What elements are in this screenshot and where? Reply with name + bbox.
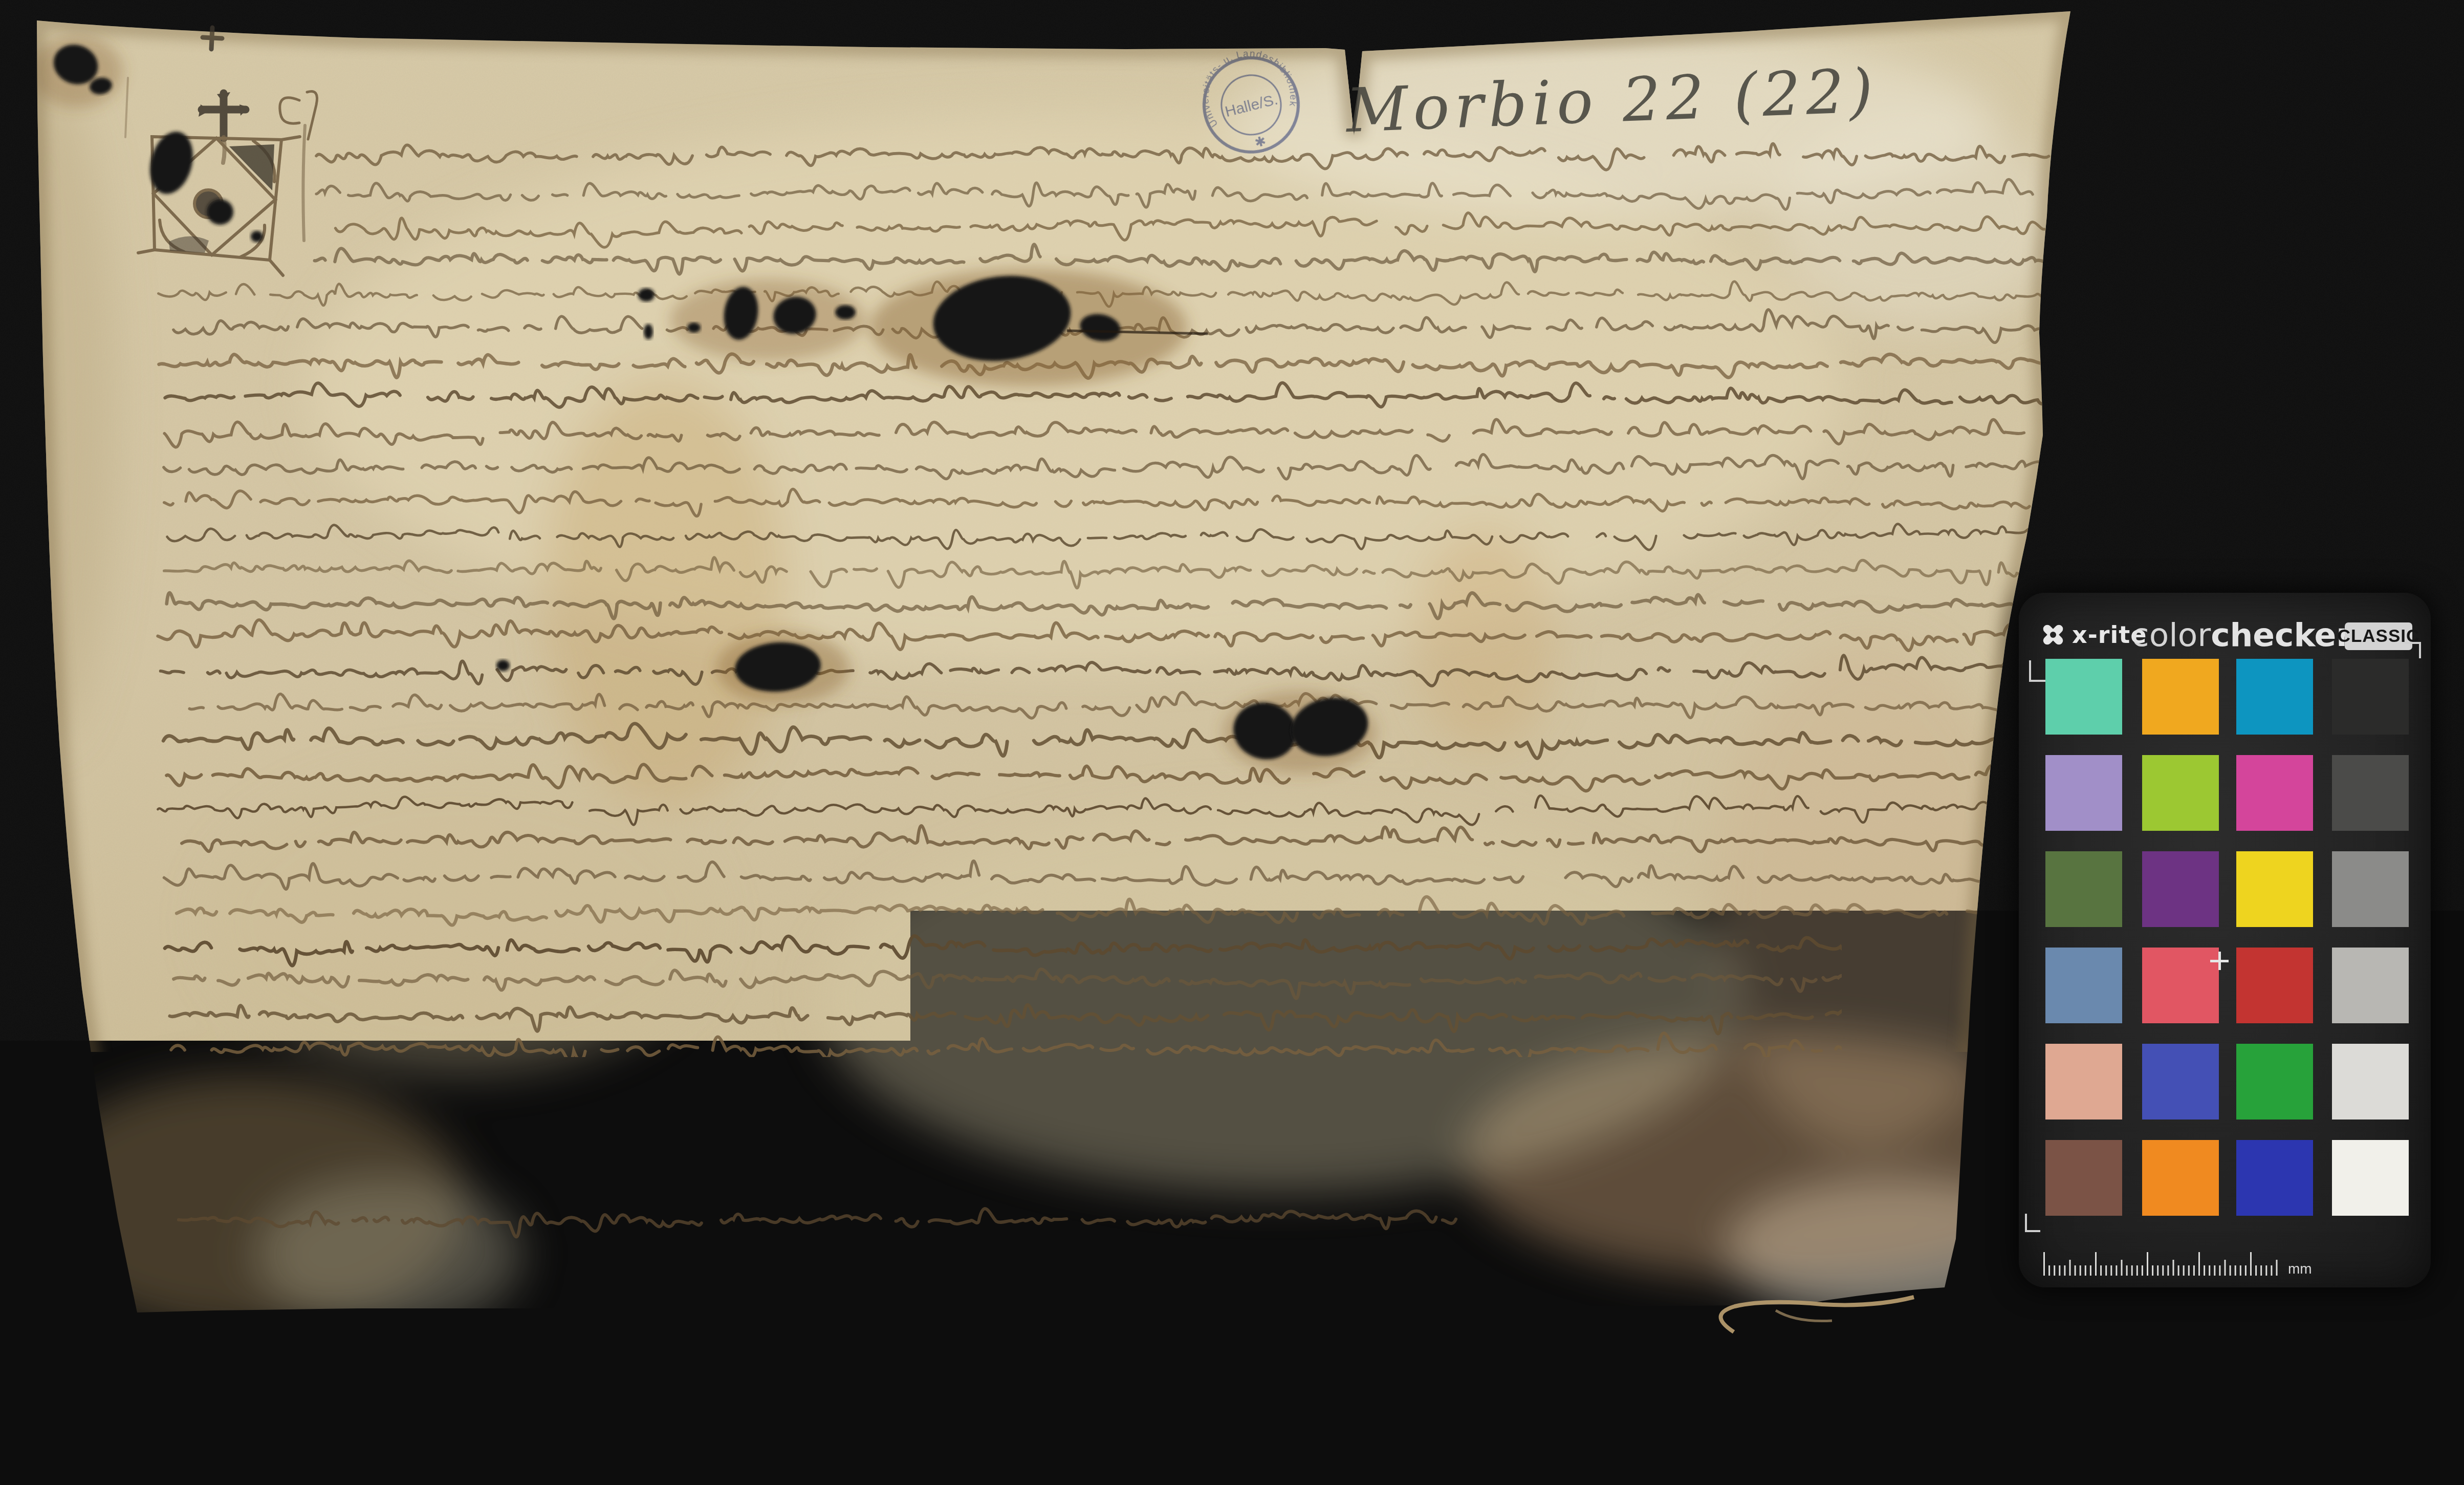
ruler-unit-label: mm (2288, 1261, 2312, 1277)
patch-light-skin (2045, 1044, 2122, 1120)
patch-yellow (2236, 851, 2313, 927)
parchment-hole (496, 660, 510, 671)
parchment-hole (207, 199, 233, 225)
patch-bluish-green (2045, 659, 2122, 735)
color-patch-grid (2019, 593, 2431, 1287)
parchment-hole (644, 324, 653, 339)
patch-yellow-green (2142, 755, 2219, 831)
digitization-scan: Universitäts- u. Landesbibliothek Halle/… (0, 0, 2464, 1485)
patch-moderate-red (2142, 948, 2219, 1023)
patch-neutral-3-5 (2332, 755, 2409, 831)
patch-orange (2142, 1140, 2219, 1216)
patch-white (2332, 1140, 2409, 1216)
patch-magenta (2236, 755, 2313, 831)
library-name: Universitäts- und Landesbibliothek Sachs… (0, 1376, 2464, 1412)
registration-plus-icon (2210, 952, 2229, 970)
patch-black (2332, 659, 2409, 735)
patch-neutral-5 (2332, 851, 2409, 927)
patch-neutral-8 (2332, 1044, 2409, 1120)
colorchecker-card: x-rite colorchecker CLASSIC mm (2019, 593, 2431, 1287)
patch-purple (2142, 851, 2219, 927)
parchment-hole (835, 305, 856, 319)
patch-neutral-6-5 (2332, 948, 2409, 1023)
patch-blue-sky (2045, 948, 2122, 1023)
patch-cyan (2236, 659, 2313, 735)
footer-bar: MEASPICE WITTENBERG Universitäts- und La… (0, 1361, 2464, 1485)
patch-green (2236, 1044, 2313, 1120)
ruler-ticks (2043, 1252, 2278, 1276)
patch-foliage (2045, 851, 2122, 927)
patch-dark-skin (2045, 1140, 2122, 1216)
dfg-logo: DFG (2283, 1376, 2447, 1455)
urn-identifier: urn:nbn:de:gbv:3:3-1192015415-1855087553… (0, 1424, 2464, 1458)
parchment-hole (687, 322, 701, 333)
parchment-hole (638, 288, 655, 302)
parchment-hole (251, 231, 263, 242)
patch-blue-flower (2045, 755, 2122, 831)
patch-orange-yellow (2142, 659, 2219, 735)
patch-purplish-blue (2142, 1044, 2219, 1120)
footer-text-block: Universitäts- und Landesbibliothek Sachs… (0, 1361, 2464, 1458)
mm-ruler: mm (2039, 1244, 2367, 1280)
patch-blue (2236, 1140, 2313, 1216)
patch-red (2236, 948, 2313, 1023)
